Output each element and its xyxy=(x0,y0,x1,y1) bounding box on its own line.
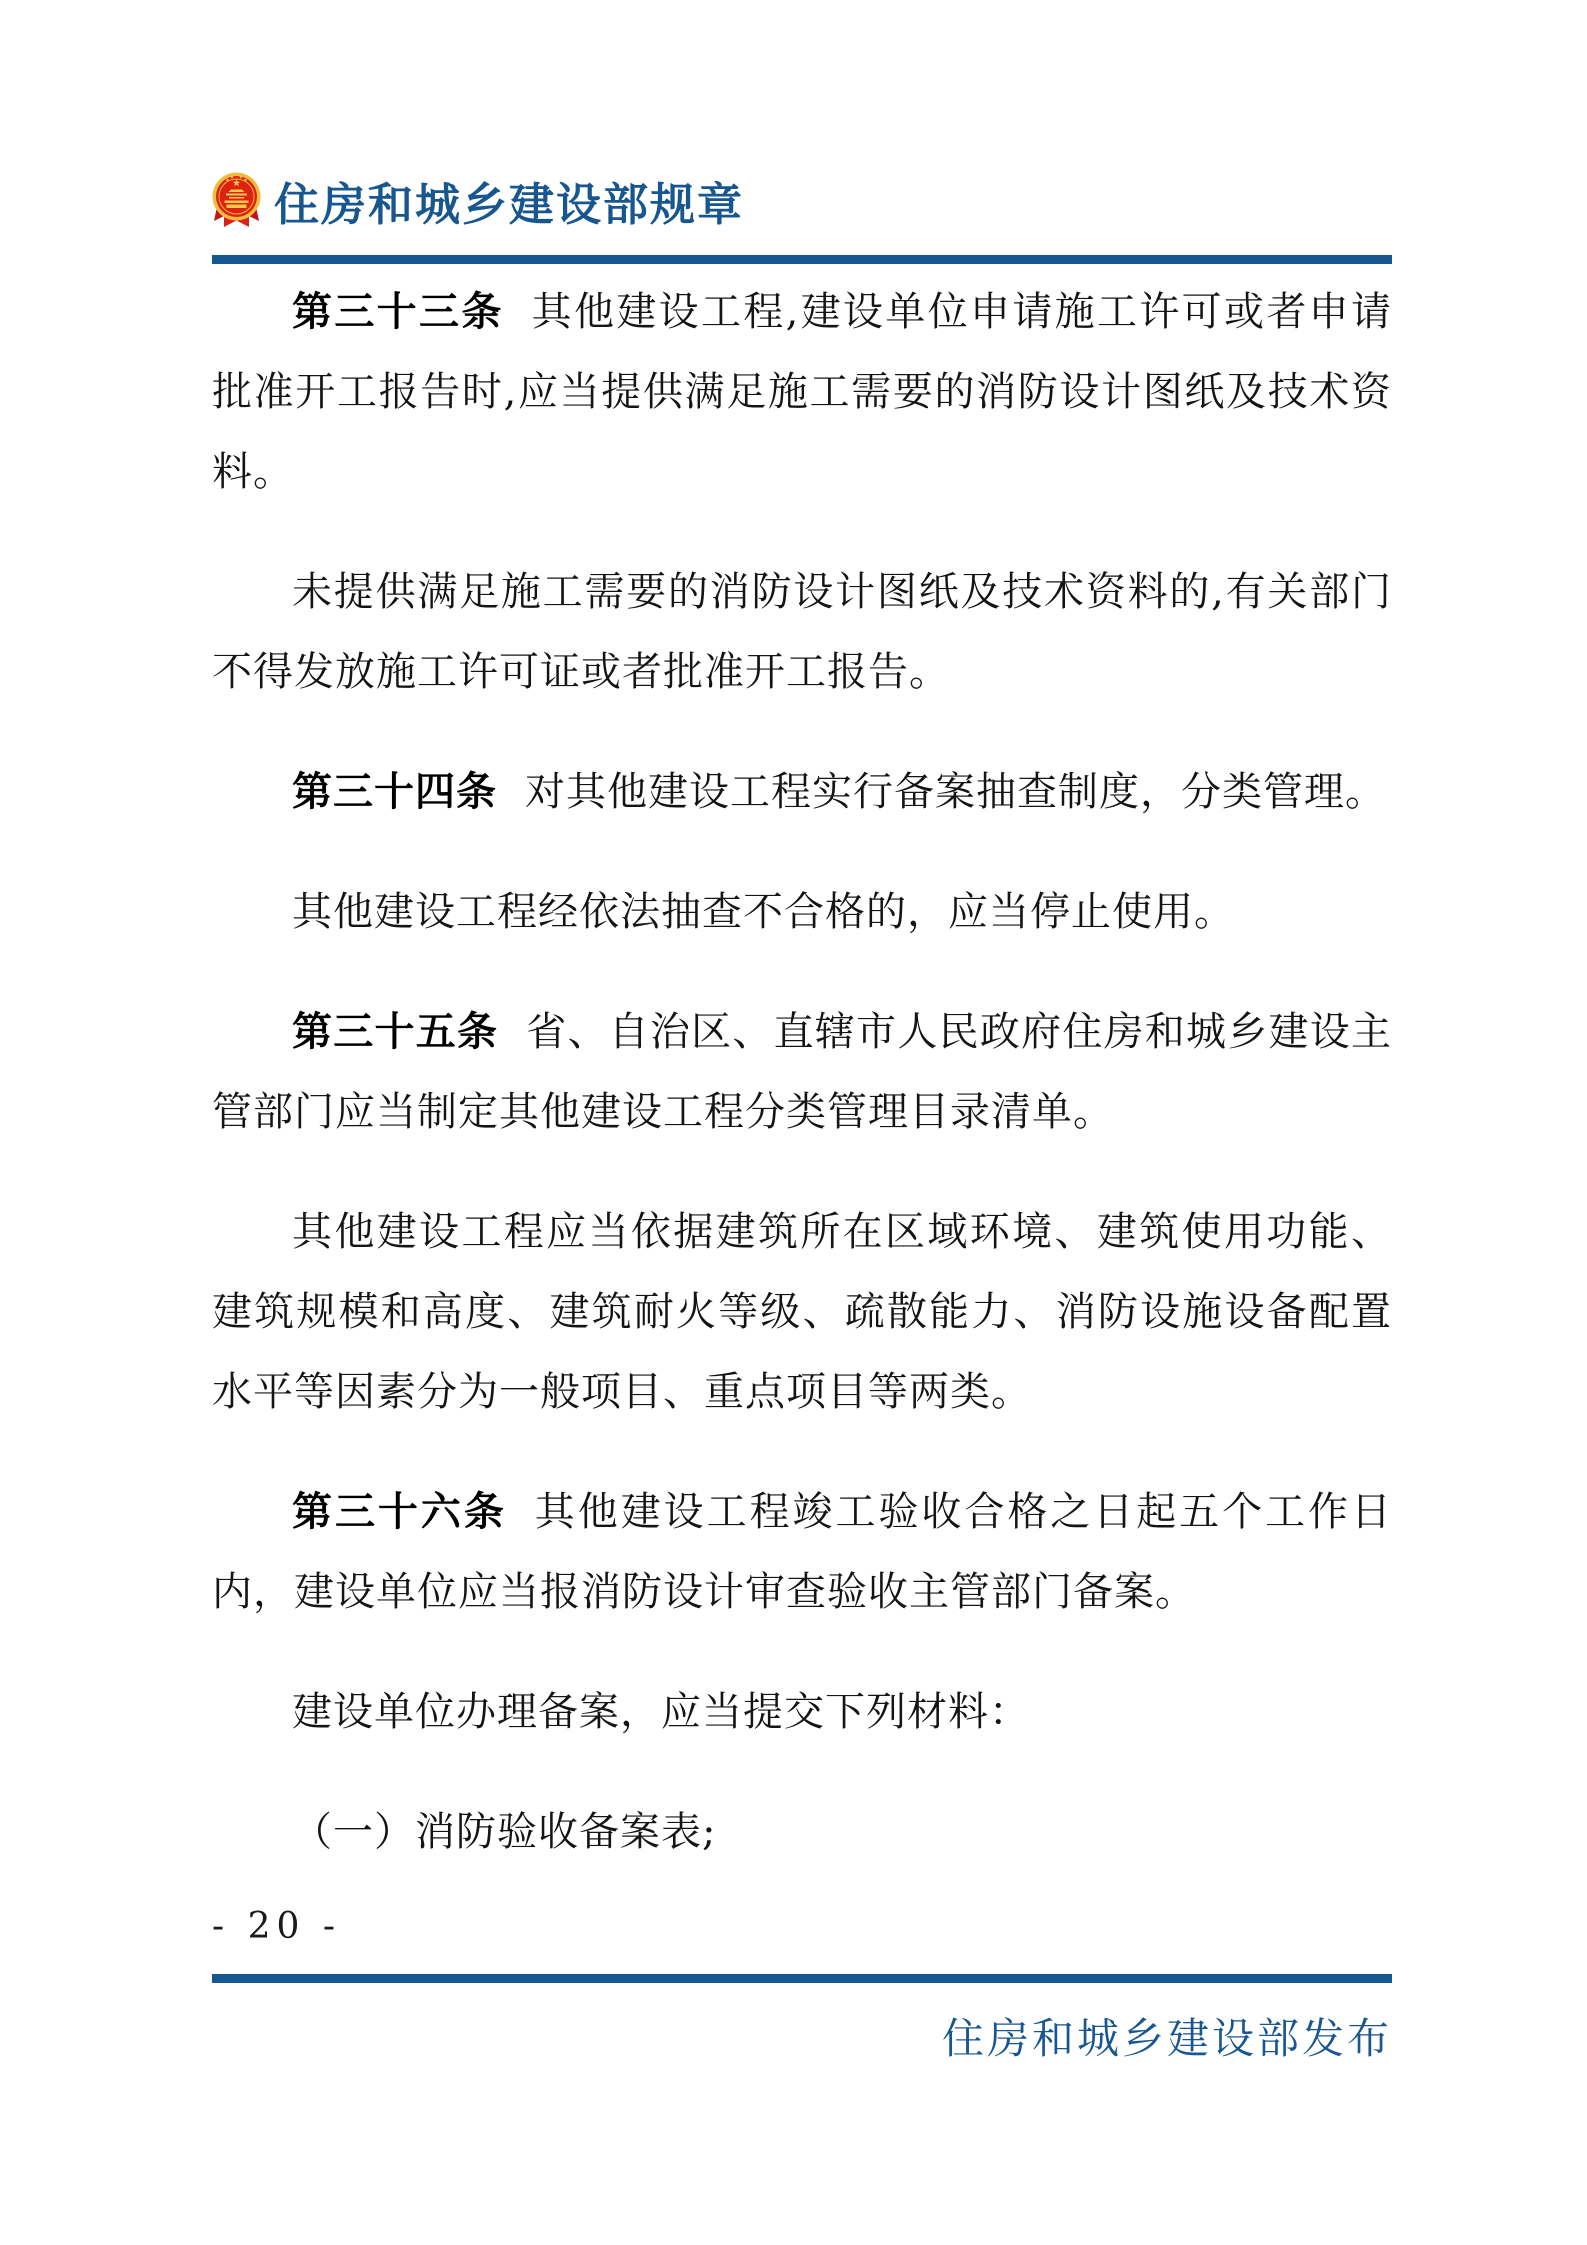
document-body: 第三十三条其他建设工程,建设单位申请施工许可或者申请批准开工报告时,应当提供满足… xyxy=(212,272,1392,1872)
document-page: 住房和城乡建设部规章 第三十三条其他建设工程,建设单位申请施工许可或者申请批准开… xyxy=(0,0,1587,2245)
article-paragraph: 第三十三条其他建设工程,建设单位申请施工许可或者申请批准开工报告时,应当提供满足… xyxy=(212,272,1392,512)
paragraph-text: 对其他建设工程实行备案抽查制度，分类管理。 xyxy=(525,769,1386,815)
article-number: 第三十四条 xyxy=(292,769,497,815)
article-paragraph: 其他建设工程经依法抽查不合格的，应当停止使用。 xyxy=(212,872,1392,952)
footer-divider xyxy=(212,1974,1392,1983)
article-paragraph: 第三十五条省、自治区、直辖市人民政府住房和城乡建设主管部门应当制定其他建设工程分… xyxy=(212,992,1392,1152)
article-paragraph: 第三十六条其他建设工程竣工验收合格之日起五个工作日内，建设单位应当报消防设计审查… xyxy=(212,1472,1392,1632)
paragraph-text: 其他建设工程应当依据建筑所在区域环境、建筑使用功能、建筑规模和高度、建筑耐火等级… xyxy=(212,1209,1392,1415)
paragraph-text: 建设单位办理备案，应当提交下列材料： xyxy=(292,1689,1030,1735)
article-paragraph: （一）消防验收备案表; xyxy=(212,1792,1392,1872)
paragraph-text: 未提供满足施工需要的消防设计图纸及技术资料的,有关部门不得发放施工许可证或者批准… xyxy=(212,569,1392,695)
paragraph-text: （一）消防验收备案表; xyxy=(292,1809,716,1855)
article-number: 第三十六条 xyxy=(292,1489,507,1535)
article-paragraph: 建设单位办理备案，应当提交下列材料： xyxy=(212,1672,1392,1752)
paragraph-text: 其他建设工程经依法抽查不合格的，应当停止使用。 xyxy=(292,889,1235,935)
page-title: 住房和城乡建设部规章 xyxy=(274,168,744,233)
header-divider xyxy=(212,255,1392,264)
article-number: 第三十三条 xyxy=(292,289,504,335)
article-number: 第三十五条 xyxy=(292,1009,498,1055)
article-paragraph: 未提供满足施工需要的消防设计图纸及技术资料的,有关部门不得发放施工许可证或者批准… xyxy=(212,552,1392,712)
footer-publisher: 住房和城乡建设部发布 xyxy=(212,2006,1392,2066)
article-paragraph: 第三十四条对其他建设工程实行备案抽查制度，分类管理。 xyxy=(212,752,1392,832)
page-header: 住房和城乡建设部规章 xyxy=(212,168,744,233)
national-emblem-icon xyxy=(212,171,261,231)
page-number: - 20 - xyxy=(212,1906,341,1947)
article-paragraph: 其他建设工程应当依据建筑所在区域环境、建筑使用功能、建筑规模和高度、建筑耐火等级… xyxy=(212,1192,1392,1432)
